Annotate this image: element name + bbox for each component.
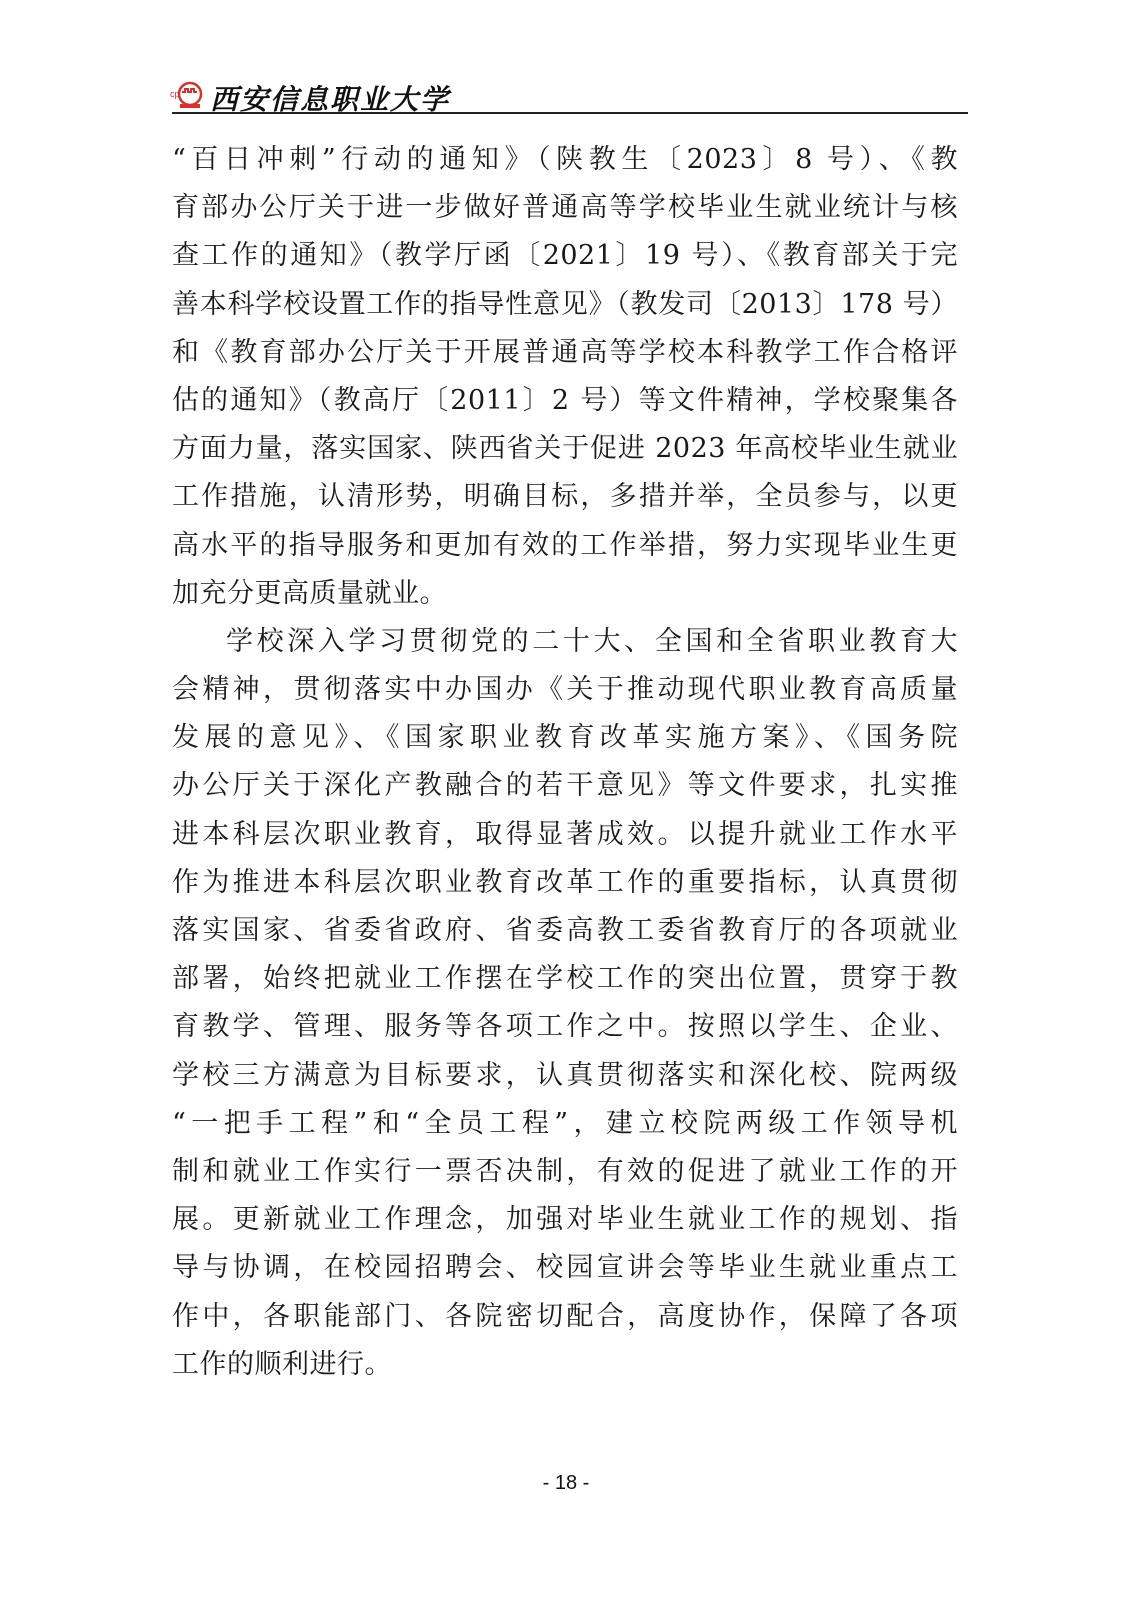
- text-line: 和《教育部办公厅关于开展普通高等学校本科教学工作合格评: [172, 329, 958, 377]
- svg-text:cp: cp: [170, 89, 180, 99]
- text-line: 学校深入学习贯彻党的二十大、全国和全省职业教育大: [172, 618, 958, 666]
- text-line: 育教学、管理、服务等各项工作之中。按照以学生、企业、: [172, 1003, 958, 1051]
- text-line: 善本科学校设置工作的指导性意见》（教发司〔2013〕178 号）: [172, 281, 958, 329]
- text-line: 作中，各职能部门、各院密切配合，高度协作，保障了各项: [172, 1293, 958, 1341]
- text-line: 高水平的指导服务和更加有效的工作举措，努力实现毕业生更: [172, 522, 958, 570]
- page-number: - 18 -: [0, 1472, 1132, 1495]
- text-line: 育部办公厅关于进一步做好普通高等学校毕业生就业统计与核: [172, 184, 958, 232]
- text-line: “一把手工程”和“全员工程”，建立校院两级工作领导机: [172, 1100, 958, 1148]
- text-line: 查工作的通知》（教学厅函〔2021〕19 号）、《教育部关于完: [172, 232, 958, 280]
- university-logo-icon: cp: [170, 80, 204, 112]
- text-line: 发展的意见》、《国家职业教育改革实施方案》、《国务院: [172, 714, 958, 762]
- text-line: 落实国家、省委省政府、省委高教工委省教育厅的各项就业: [172, 907, 958, 955]
- text-line: 估的通知》（教高厅〔2011〕2 号）等文件精神，学校聚集各: [172, 377, 958, 425]
- text-line: 展。更新就业工作理念，加强对毕业生就业工作的规划、指: [172, 1196, 958, 1244]
- text-line: 办公厅关于深化产教融合的若干意见》等文件要求，扎实推: [172, 762, 958, 810]
- document-body: “百日冲刺”行动的通知》（陕教生〔2023〕8 号）、《教 育部办公厅关于进一步…: [172, 136, 958, 1389]
- paragraph-1: “百日冲刺”行动的通知》（陕教生〔2023〕8 号）、《教 育部办公厅关于进一步…: [172, 136, 958, 618]
- text-line: 会精神，贯彻落实中办国办《关于推动现代职业教育高质量: [172, 666, 958, 714]
- paragraph-2: 学校深入学习贯彻党的二十大、全国和全省职业教育大 会精神，贯彻落实中办国办《关于…: [172, 618, 958, 1389]
- text-line: 制和就业工作实行一票否决制，有效的促进了就业工作的开: [172, 1148, 958, 1196]
- text-line: 工作措施，认清形势，明确目标，多措并举，全员参与，以更: [172, 473, 958, 521]
- text-line: 进本科层次职业教育，取得显著成效。以提升就业工作水平: [172, 811, 958, 859]
- text-line: 学校三方满意为目标要求，认真贯彻落实和深化校、院两级: [172, 1052, 958, 1100]
- header-divider: [172, 112, 968, 114]
- text-line: 导与协调，在校园招聘会、校园宣讲会等毕业生就业重点工: [172, 1244, 958, 1292]
- text-line: 部署，始终把就业工作摆在学校工作的突出位置，贯穿于教: [172, 955, 958, 1003]
- text-line: 工作的顺利进行。: [172, 1341, 958, 1389]
- text-line: 作为推进本科层次职业教育改革工作的重要指标，认真贯彻: [172, 859, 958, 907]
- text-line: “百日冲刺”行动的通知》（陕教生〔2023〕8 号）、《教: [172, 136, 958, 184]
- text-line: 加充分更高质量就业。: [172, 570, 958, 618]
- text-line: 方面力量，落实国家、陕西省关于促进 2023 年高校毕业生就业: [172, 425, 958, 473]
- page-header: cp 西安信息职业大学: [170, 76, 970, 116]
